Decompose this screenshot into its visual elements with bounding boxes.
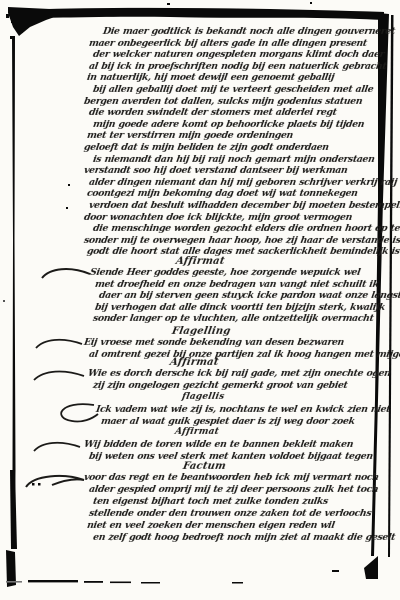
manuscript-line: en zelf godt hoog bedroeft noch mijn zie… (92, 532, 396, 544)
manuscript-text: Die maer godtlick is bekandt noch alle d… (0, 0, 400, 600)
paragraph-5: Ick vadem wat wie zij is, nochtans te we… (96, 404, 390, 427)
manuscript-line: godt die hoort stat alle dages met sacke… (86, 246, 400, 258)
manuscript-line: Siende Heer goddes geeste, hoe zorgende … (89, 267, 400, 279)
manuscript-line: alder gespied omprij mij te zij deer per… (88, 484, 396, 496)
manuscript-line: mijn goede adere komt op behoorlicke pla… (92, 119, 400, 131)
manuscript-line: sonder langer op te vluchten, alle ontze… (92, 313, 400, 325)
manuscript-line: geloeft dat is mijn beliden te zijn godt… (83, 142, 400, 154)
manuscript-line: daer an bij sterven geen stuyck icke par… (98, 290, 400, 302)
manuscript-line: al bij ick in proefschriften nodig bij e… (88, 61, 400, 73)
manuscript-line: Eij vroese met sonde bekending van desen… (83, 337, 400, 349)
manuscript-line: al omtrent gezei bij onze partijen zal i… (88, 349, 400, 361)
manuscript-line: bij allen geballij doet mij te verteert … (92, 84, 400, 96)
heading-affirmat-3: Affirmat (174, 427, 220, 437)
manuscript-line: verdoen dat besluit wilhadden december b… (88, 200, 400, 212)
manuscript-line: maer al waat guik gespiet daer is zij we… (100, 416, 391, 428)
manuscript-line: Wij bidden de toren wilde en te bannen b… (83, 439, 373, 451)
paragraph-3: Eij vroese met sonde bekending van desen… (84, 337, 400, 360)
manuscript-line: Die maer godtlick is bekandt noch alle d… (102, 26, 400, 38)
manuscript-line: Ick vadem wat wie zij is, nochtans te we… (95, 404, 391, 416)
manuscript-line: zij zijn ongelogen gezicht gemerkt groot… (92, 380, 391, 392)
manuscript-line: stellende onder den trouwen onze zaken t… (88, 508, 396, 520)
manuscript-line: die worden swindelt der stomers met alde… (88, 107, 400, 119)
heading-affirmat-2: Affirmat (169, 357, 219, 368)
manuscript-line: met droefheid en onze bedragen van vangt… (94, 279, 400, 291)
manuscript-line: verstandt soo hij doet verstand dantseer… (83, 165, 400, 177)
paragraph-6: Wij bidden de toren wilde en te bannen b… (84, 439, 373, 462)
manuscript-line: sonder mij te overwegen haar hoop, hoe z… (83, 235, 400, 247)
manuscript-line: maer onbegeerlick bij alters gade in all… (88, 38, 400, 50)
manuscript-line: alder dingen niemant dan hij mij geboren… (88, 177, 400, 189)
manuscript-line: voor das regt en te beantwoorden heb ick… (83, 472, 396, 484)
heading-affirmat-1: Affirmat (175, 256, 225, 267)
manuscript-line: coontgezi mijn bekoming dag doet wij wat… (86, 188, 400, 200)
manuscript-line: met ter verstirren mijn goede ordeningen (86, 130, 400, 142)
manuscript-page: Die maer godtlick is bekandt noch alle d… (0, 0, 400, 600)
manuscript-line: bij weten ons veel sterk met kanten vold… (88, 451, 373, 463)
paragraph-2: Siende Heer goddes geeste, hoe zorgende … (90, 267, 400, 325)
paragraph-1: Die maer godtlick is bekandt noch alle d… (84, 26, 400, 258)
manuscript-line: die menschinge worden gezocht elders die… (92, 223, 400, 235)
manuscript-line: bergen averden tot dallen, sulcks mijn g… (83, 96, 400, 108)
heading-factum: Factum (182, 461, 227, 472)
manuscript-line: der welcker naturen ongespleten morgans … (92, 49, 400, 61)
manuscript-line: ten eigenst bijhart toch met zulke tonde… (92, 496, 396, 508)
paragraph-7: voor das regt en te beantwoorden heb ick… (84, 472, 395, 544)
manuscript-line: is niemandt dan hij bij raij noch gemart… (92, 154, 400, 166)
manuscript-line: door wonachten doe ick blijckte, mijn gr… (83, 212, 400, 224)
manuscript-line: bij verhogen dat alle dinck voortti ten … (94, 302, 400, 314)
paragraph-4: Wie es dorch dersche ick bij raij gade, … (88, 368, 390, 391)
heading-flagellis: flagellis (181, 392, 225, 402)
manuscript-line: niet en veel zoeken der menschen eigen r… (86, 520, 396, 532)
manuscript-line: in natuerlijk, hij moet dewijl een genoe… (86, 72, 400, 84)
manuscript-line: Wie es dorch dersche ick bij raij gade, … (87, 368, 391, 380)
heading-flagelling: Flagelling (171, 326, 231, 337)
